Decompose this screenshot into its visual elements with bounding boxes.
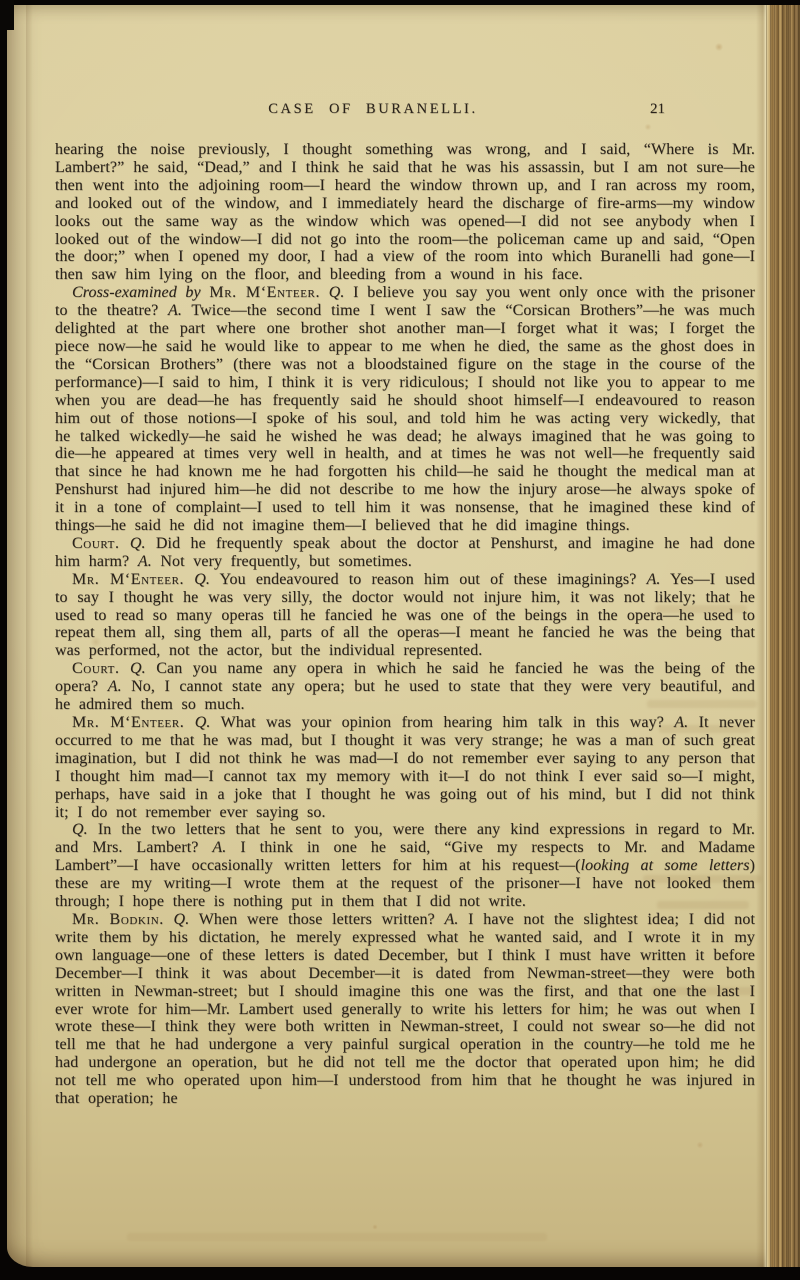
text-segment: looking at some letters — [581, 857, 750, 874]
speaker-name: Mr. Bodkin. — [72, 911, 164, 928]
text-segment: Q. — [174, 911, 190, 928]
book-page-edges — [766, 5, 800, 1267]
text-segment: Twice—the second time I went I saw the “… — [55, 302, 755, 534]
text-segment: Q. — [329, 284, 345, 301]
text-segment: I have not the slightest idea; I did not… — [55, 911, 755, 1107]
speaker-name: Mr. M‘Enteer. — [72, 571, 184, 588]
paragraph: Mr. M‘Enteer. Q. What was your opinion f… — [55, 714, 755, 821]
text-segment: You endeavoured to reason him out of the… — [210, 571, 647, 588]
text-segment — [184, 571, 194, 588]
text-segment: Cross-examined by — [72, 284, 209, 301]
text-segment: Q. — [72, 821, 88, 838]
paragraph: Court. Q. Can you name any opera in whic… — [55, 660, 755, 714]
text-segment: hearing the noise previously, I thought … — [55, 141, 755, 283]
text-segment: A. — [674, 714, 688, 731]
paragraph: hearing the noise previously, I thought … — [55, 141, 755, 284]
text-segment — [164, 911, 174, 928]
text-segment — [120, 660, 130, 677]
paragraph: Mr. M‘Enteer. Q. You endeavoured to reas… — [55, 571, 755, 661]
text-segment: A. — [138, 553, 152, 570]
gutter-crease — [26, 5, 33, 1267]
speaker-name: Mr. M‘Enteer. — [209, 284, 320, 301]
text-segment: Q. — [195, 714, 211, 731]
text-segment: No, I cannot state any opera; but he use… — [55, 678, 755, 713]
text-segment: A. — [168, 302, 182, 319]
text-segment: A. — [108, 678, 122, 695]
text-segment: What was your opinion from hearing him t… — [211, 714, 675, 731]
paragraph: Mr. Bodkin. Q. When were those letters w… — [55, 911, 755, 1108]
text-segment: Q. — [130, 660, 146, 677]
speaker-name: Mr. M‘Enteer. — [72, 714, 184, 731]
text-segment: Q. — [130, 535, 146, 552]
text-segment: When were those letters written? — [189, 911, 444, 928]
text-segment: A. — [647, 571, 661, 588]
page-number: 21 — [650, 101, 665, 118]
paragraph: Court. Q. Did he frequently speak about … — [55, 535, 755, 571]
speaker-name: Court. — [72, 660, 120, 677]
text-segment: Not very frequently, but sometimes. — [152, 553, 412, 570]
running-header: CASE OF BURANELLI. 21 — [55, 101, 755, 123]
speaker-name: Court. — [72, 535, 120, 552]
text-segment — [320, 284, 329, 301]
scan-edge-notch — [0, 0, 14, 30]
text-segment — [184, 714, 194, 731]
paragraph: Q. In the two letters that he sent to yo… — [55, 821, 755, 911]
book-page-scan: CASE OF BURANELLI. 21 hearing the noise … — [0, 0, 800, 1280]
page-body: hearing the noise previously, I thought … — [55, 141, 755, 1108]
text-segment: Q. — [194, 571, 210, 588]
show-through — [127, 1233, 547, 1241]
page-title: CASE OF BURANELLI. — [268, 101, 477, 118]
text-segment — [120, 535, 130, 552]
paragraph: Cross-examined by Mr. M‘Enteer. Q. I bel… — [55, 284, 755, 535]
text-segment: A. — [212, 839, 226, 856]
paper: CASE OF BURANELLI. 21 hearing the noise … — [7, 5, 800, 1267]
text-segment: A. — [445, 911, 459, 928]
